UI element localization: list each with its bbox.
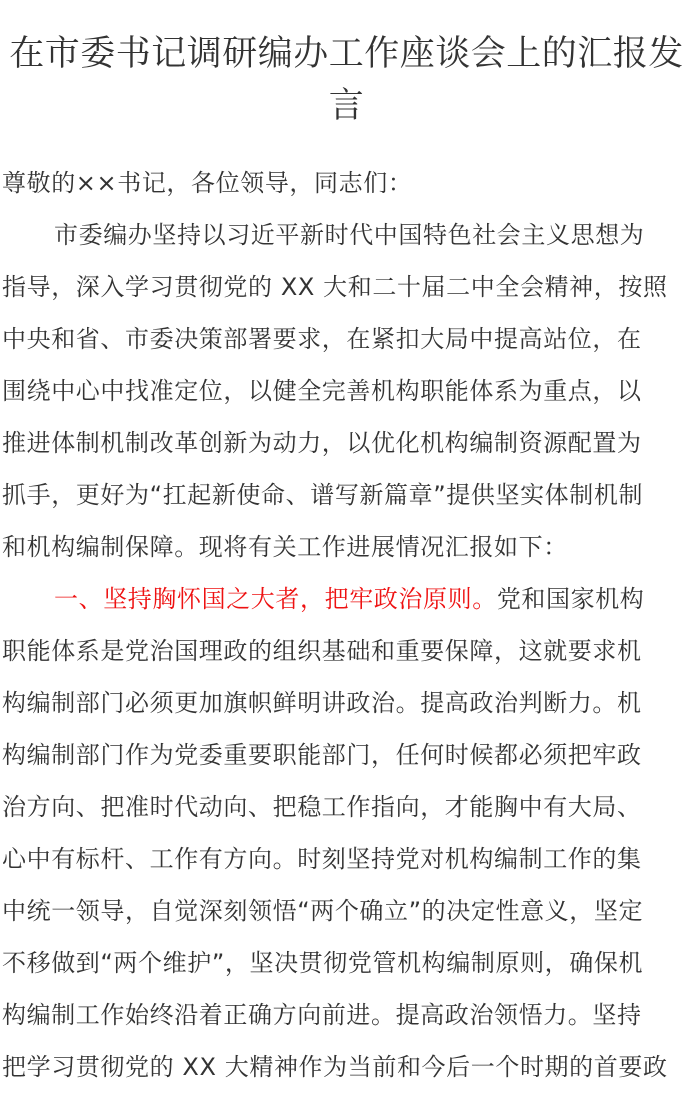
paragraph-line: 构编制工作始终沿着正确方向前进。提高政治领悟力。坚持: [2, 1000, 642, 1030]
paragraph-line: 和机构编制保障。现将有关工作进展情况汇报如下：: [2, 532, 568, 562]
paragraph-line: 把学习贯彻党的 XX 大精神作为当前和今后一个时期的首要政: [2, 1052, 668, 1082]
paragraph-line: 推进体制机制改革创新为动力，以优化机构编制资源配置为: [2, 428, 642, 458]
line-text: 党和国家机构: [497, 585, 645, 613]
document-title: 在市委书记调研编办工作座谈会上的汇报发 言: [0, 28, 693, 132]
line-text: 围绕中心中找准定位，以健全完善机构职能体系为重点，以: [2, 377, 642, 405]
salutation-line: 尊敬的××书记，各位领导，同志们：: [2, 168, 412, 198]
paragraph-line: 中央和省、市委决策部署要求，在紧扣大局中提高站位，在: [2, 324, 642, 354]
title-line-2: 言: [329, 86, 365, 126]
line-text: 构编制部门作为党委重要职能部门，任何时候都必须把牢政: [2, 741, 642, 769]
section-heading: 一、坚持胸怀国之大者，把牢政治原则。: [54, 585, 497, 613]
line-text: 职能体系是党治国理政的组织基础和重要保障，这就要求机: [2, 637, 642, 665]
paragraph-line: 指导，深入学习贯彻党的 XX 大和二十届二中全会精神，按照: [2, 272, 668, 302]
line-text: 和机构编制保障。现将有关工作进展情况汇报如下：: [2, 533, 568, 561]
line-text: 治方向、把准时代动向、把稳工作指向，才能胸中有大局、: [2, 793, 642, 821]
title-line-1: 在市委书记调研编办工作座谈会上的汇报发: [9, 34, 684, 74]
line-text: 不移做到“两个维护”，坚决贯彻党管机构编制原则，确保机: [2, 949, 643, 977]
line-text: 把学习贯彻党的 XX 大精神作为当前和今后一个时期的首要政: [2, 1053, 668, 1081]
line-text: 心中有标杆、工作有方向。时刻坚持党对机构编制工作的集: [2, 845, 642, 873]
paragraph-line: 抓手，更好为“扛起新使命、谱写新篇章”提供坚实体制机制: [2, 480, 643, 510]
paragraph-line: 构编制部门必须更加旗帜鲜明讲政治。提高政治判断力。机: [2, 688, 642, 718]
section-heading-line: 一、坚持胸怀国之大者，把牢政治原则。党和国家机构: [54, 584, 644, 614]
paragraph-line: 构编制部门作为党委重要职能部门，任何时候都必须把牢政: [2, 740, 642, 770]
paragraph-line: 市委编办坚持以习近平新时代中国特色社会主义思想为: [54, 220, 644, 250]
line-text: 构编制部门必须更加旗帜鲜明讲政治。提高政治判断力。机: [2, 689, 642, 717]
line-text: 中央和省、市委决策部署要求，在紧扣大局中提高站位，在: [2, 325, 642, 353]
paragraph-line: 围绕中心中找准定位，以健全完善机构职能体系为重点，以: [2, 376, 642, 406]
line-text: 抓手，更好为“扛起新使命、谱写新篇章”提供坚实体制机制: [2, 481, 643, 509]
paragraph-line: 中统一领导，自觉深刻领悟“两个确立”的决定性意义，坚定: [2, 896, 643, 926]
paragraph-line: 治方向、把准时代动向、把稳工作指向，才能胸中有大局、: [2, 792, 642, 822]
line-text: 构编制工作始终沿着正确方向前进。提高政治领悟力。坚持: [2, 1001, 642, 1029]
line-text: 指导，深入学习贯彻党的 XX 大和二十届二中全会精神，按照: [2, 273, 668, 301]
paragraph-line: 职能体系是党治国理政的组织基础和重要保障，这就要求机: [2, 636, 642, 666]
line-text: 市委编办坚持以习近平新时代中国特色社会主义思想为: [54, 221, 644, 249]
line-text: 尊敬的××书记，各位领导，同志们：: [2, 169, 412, 197]
line-text: 推进体制机制改革创新为动力，以优化机构编制资源配置为: [2, 429, 642, 457]
paragraph-line: 心中有标杆、工作有方向。时刻坚持党对机构编制工作的集: [2, 844, 642, 874]
paragraph-line: 不移做到“两个维护”，坚决贯彻党管机构编制原则，确保机: [2, 948, 643, 978]
line-text: 中统一领导，自觉深刻领悟“两个确立”的决定性意义，坚定: [2, 897, 643, 925]
